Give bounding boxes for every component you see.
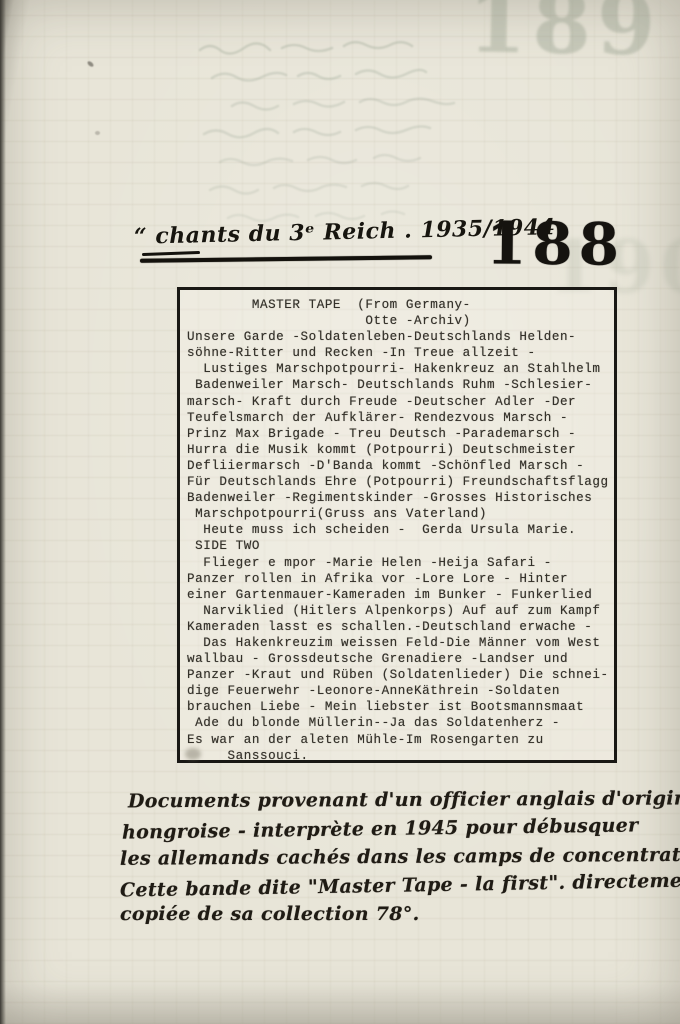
typed-line: Ade du blonde Müllerin--Ja das Soldatenh… — [187, 715, 614, 731]
typed-line: Otte -Archiv) — [187, 313, 614, 329]
handwritten-title: “ chants du 3ᵉ Reich . 1935/1944 — [134, 216, 465, 249]
typed-line: einer Gartenmauer-Kameraden im Bunker - … — [187, 587, 614, 603]
handwritten-note-line: Documents provenant d'un officier anglai… — [128, 785, 640, 816]
handwritten-note-line: copiée de sa collection 78°. — [120, 900, 640, 929]
typed-line: Panzer -Kraut und Rüben (Soldatenlieder)… — [187, 667, 614, 683]
typed-line: wallbau - Grossdeutsche Grenadiere -Land… — [187, 651, 614, 667]
paper-speck — [87, 60, 95, 68]
scan-edge-shadow — [0, 0, 6, 1024]
typed-line: Es war an der aleten Mühle-Im Rosengarte… — [187, 732, 614, 748]
typed-line: Unsere Garde -Soldatenleben-Deutschlands… — [187, 329, 614, 345]
page-number-stamp: 188 — [486, 209, 626, 278]
typed-line: Panzer rollen in Afrika vor -Lore Lore -… — [187, 571, 614, 587]
typed-line: Defliiermarsch -D'Banda kommt -Schönfled… — [187, 458, 614, 474]
typed-line: Hurra die Musik kommt (Potpourri) Deutsc… — [187, 442, 614, 458]
typed-master-tape-box: MASTER TAPE (From Germany- Otte -Archiv)… — [177, 287, 617, 763]
typed-line: Das Hakenkreuzim weissen Feld-Die Männer… — [187, 635, 614, 651]
title-underline — [140, 255, 432, 263]
typed-line: Sanssouci. — [187, 748, 614, 764]
scanned-document-page: 189 190 “ chants du 3ᵉ Reich . 1935/1944… — [0, 0, 680, 1024]
typed-line: Heute muss ich scheiden - Gerda Ursula M… — [187, 522, 614, 538]
typed-line: brauchen Liebe - Mein liebster ist Boots… — [187, 699, 614, 715]
typed-line: SIDE TWO — [187, 538, 614, 554]
ghost-page-number-189: 189 — [467, 0, 662, 75]
typed-line: Prinz Max Brigade - Treu Deutsch -Parade… — [187, 426, 614, 442]
typed-line: söhne-Ritter und Recken -In Treue allzei… — [187, 345, 614, 361]
paper-speck — [95, 131, 100, 135]
title-underline-short — [142, 251, 200, 256]
typed-line: Kameraden lasst es schallen.-Deutschland… — [187, 619, 614, 635]
typed-line: Flieger e mpor -Marie Helen -Heija Safar… — [187, 555, 614, 571]
typed-line: Narviklied (Hitlers Alpenkorps) Auf auf … — [187, 603, 614, 619]
typed-line: Badenweiler Marsch- Deutschlands Ruhm -S… — [187, 377, 614, 393]
typed-line: MASTER TAPE (From Germany- — [187, 297, 614, 313]
typed-line: Für Deutschlands Ehre (Potpourri) Freund… — [187, 474, 614, 490]
typed-line: dige Feuerwehr -Leonore-AnneKäthrein -So… — [187, 683, 614, 699]
typed-line: Lustiges Marschpotpourri- Hakenkreuz an … — [187, 361, 614, 377]
typed-line: Teufelsmarch der Aufklärer- Rendezvous M… — [187, 410, 614, 426]
handwritten-french-note: Documents provenant d'un officier anglai… — [120, 786, 640, 929]
typed-line: marsch- Kraft durch Freude -Deutscher Ad… — [187, 394, 614, 410]
typed-line: Badenweiler -Regimentskinder -Grosses Hi… — [187, 490, 614, 506]
typed-line: Marschpotpourri(Gruss ans Vaterland) — [187, 506, 614, 522]
ink-smudge — [185, 748, 201, 760]
